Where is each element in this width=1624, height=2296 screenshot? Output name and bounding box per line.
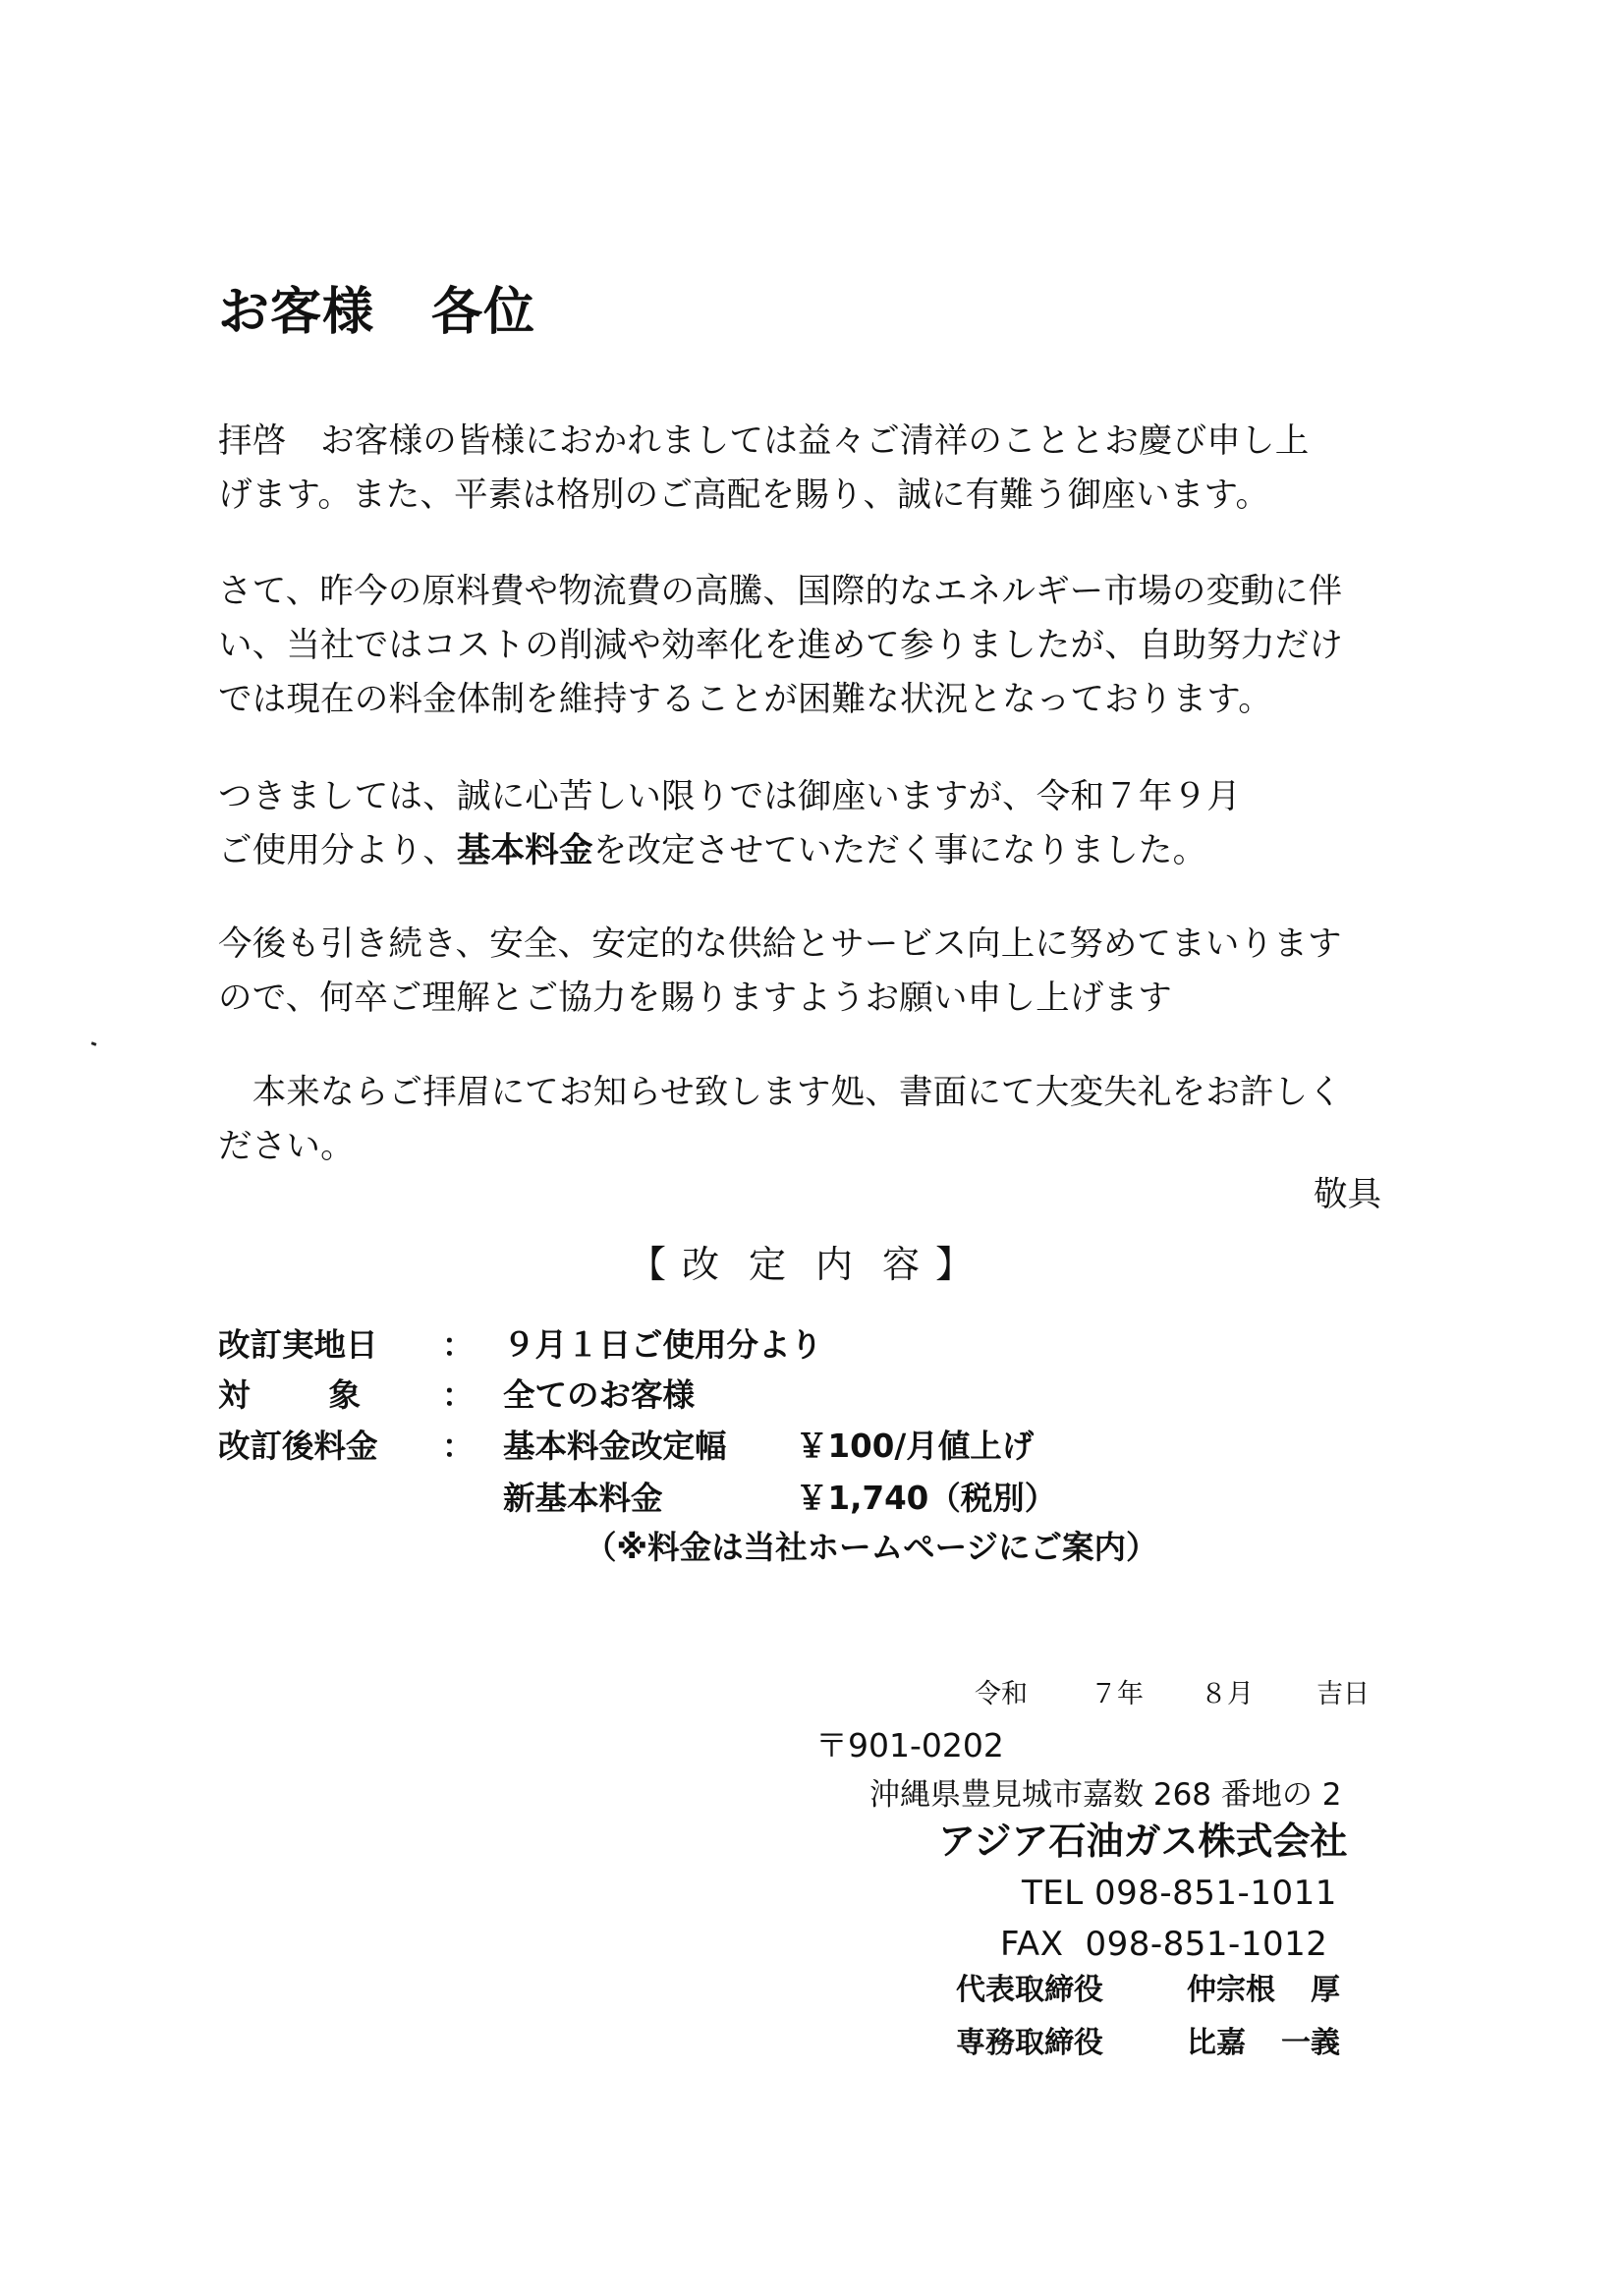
paragraph-line: 拝啓 お客様の皆様におかれましては益々ご清祥のこととお慶び申し上 bbox=[218, 415, 1309, 469]
paragraph-line: さて、昨今の原料費や物流費の高騰、国際的なエネルギー市場の変動に伴 bbox=[218, 565, 1343, 619]
paragraph-line: げます。また、平素は格別のご高配を賜り、誠に有難う御座います。 bbox=[218, 469, 1309, 523]
paragraph-line: ご使用分より、基本料金を改定させていただく事になりました。 bbox=[218, 824, 1241, 878]
revision-date-label: 改訂実地日 bbox=[218, 1325, 378, 1365]
salutation-addressee: お客様 bbox=[218, 283, 374, 342]
paragraph-line: では現在の料金体制を維持することが困難な状況となっております。 bbox=[218, 673, 1343, 727]
fax-label: FAX bbox=[1000, 1925, 1064, 1964]
fax-number: 098-851-1012 bbox=[1086, 1925, 1328, 1964]
label-char: 対 bbox=[218, 1376, 251, 1414]
paragraph-text: を改定させていただく事になりました。 bbox=[593, 831, 1207, 870]
revision-section-title: 【改定内容】 bbox=[629, 1240, 975, 1289]
officer-surname: 比嘉 bbox=[1187, 2026, 1246, 2060]
new-basic-fee-amount: ￥1,740（税別） bbox=[796, 1479, 1056, 1518]
officer-title: 代表取締役 bbox=[956, 1971, 1103, 2010]
paragraph-announcement: つきましては、誠に心苦しい限りでは御座いますが、令和７年９月 ご使用分より、基本… bbox=[218, 770, 1241, 878]
fax-line: FAX098-851-1012 bbox=[1000, 1924, 1327, 1965]
bracket-close: 】 bbox=[935, 1243, 975, 1286]
target-label: 対象 bbox=[218, 1375, 361, 1415]
paragraph-line: ので、何卒ご理解とご協力を賜りますようお願い申し上げます bbox=[218, 972, 1342, 1026]
paragraph-text: ご使用分より、 bbox=[218, 831, 457, 870]
salutation-honorific: 各位 bbox=[431, 283, 535, 342]
paragraph-line: つきましては、誠に心苦しい限りでは御座いますが、令和７年９月 bbox=[218, 770, 1241, 824]
title-char: 内 bbox=[815, 1240, 855, 1289]
date-month: ８月 bbox=[1201, 1678, 1254, 1711]
date-day: 吉日 bbox=[1316, 1678, 1370, 1711]
title-char: 容 bbox=[882, 1240, 922, 1289]
title-char: 改 bbox=[682, 1240, 721, 1289]
officer-given-name: 一義 bbox=[1281, 2026, 1340, 2060]
company-name: アジア石油ガス株式会社 bbox=[938, 1818, 1347, 1865]
colon-separator: ： bbox=[442, 1427, 474, 1466]
date-year: ７年 bbox=[1091, 1678, 1144, 1711]
paragraph-greeting: 拝啓 お客様の皆様におかれましては益々ご清祥のこととお慶び申し上 げます。また、… bbox=[218, 415, 1309, 523]
officer-given-name: 厚 bbox=[1311, 1973, 1340, 2007]
paragraph-background: さて、昨今の原料費や物流費の高騰、国際的なエネルギー市場の変動に伴 い、当社では… bbox=[218, 565, 1343, 727]
new-basic-fee-label: 新基本料金 bbox=[503, 1479, 663, 1518]
paragraph-line: 今後も引き続き、安全、安定的な供給とサービス向上に努めてまいります bbox=[218, 918, 1342, 972]
closing-keigu: 敬具 bbox=[1314, 1175, 1381, 1214]
officer-name: 比嘉一義 bbox=[1187, 2024, 1340, 2063]
emphasized-basic-fee: 基本料金 bbox=[457, 831, 593, 870]
fee-change-label: 基本料金改定幅 bbox=[503, 1427, 727, 1466]
date-era: 令和 bbox=[975, 1678, 1028, 1711]
paragraph-line: 本来ならご拝眉にてお知らせ致します処、書面にて大変失礼をお許しく bbox=[218, 1066, 1342, 1120]
revised-fee-label: 改訂後料金 bbox=[218, 1427, 378, 1466]
officer-surname: 仲宗根 bbox=[1187, 1973, 1275, 2007]
revision-date-value: ９月１日ご使用分より bbox=[503, 1325, 822, 1365]
scan-speck-mark bbox=[91, 1041, 97, 1046]
bracket-open: 【 bbox=[629, 1243, 668, 1286]
officer-name: 仲宗根厚 bbox=[1187, 1971, 1340, 2010]
officer-title: 専務取締役 bbox=[956, 2024, 1103, 2063]
phone-number: TEL 098-851-1011 bbox=[1022, 1873, 1337, 1914]
paragraph-commitment: 今後も引き続き、安全、安定的な供給とサービス向上に努めてまいります ので、何卒ご… bbox=[218, 918, 1342, 1026]
title-char: 定 bbox=[749, 1240, 788, 1289]
salutation-heading: お客様各位 bbox=[218, 283, 535, 342]
sender-address: 沖縄県豊見城市嘉数 268 番地の 2 bbox=[869, 1775, 1341, 1815]
homepage-note: （※料金は当社ホームページにご案内） bbox=[585, 1528, 1157, 1567]
postal-code: 〒901-0202 bbox=[815, 1726, 1004, 1765]
colon-separator: ： bbox=[442, 1375, 474, 1415]
letter-page: お客様各位 拝啓 お客様の皆様におかれましては益々ご清祥のこととお慶び申し上 げ… bbox=[0, 0, 1624, 2296]
paragraph-line: い、当社ではコストの削減や効率化を進めて参りましたが、自助努力だけ bbox=[218, 619, 1343, 673]
paragraph-line: ださい。 bbox=[218, 1120, 1342, 1174]
label-char: 象 bbox=[329, 1376, 362, 1414]
fee-change-amount: ￥100/月値上げ bbox=[796, 1427, 1034, 1466]
colon-separator: ： bbox=[442, 1325, 474, 1365]
target-value: 全てのお客様 bbox=[503, 1375, 695, 1415]
paragraph-apology: 本来ならご拝眉にてお知らせ致します処、書面にて大変失礼をお許しく ださい。 bbox=[218, 1066, 1342, 1174]
